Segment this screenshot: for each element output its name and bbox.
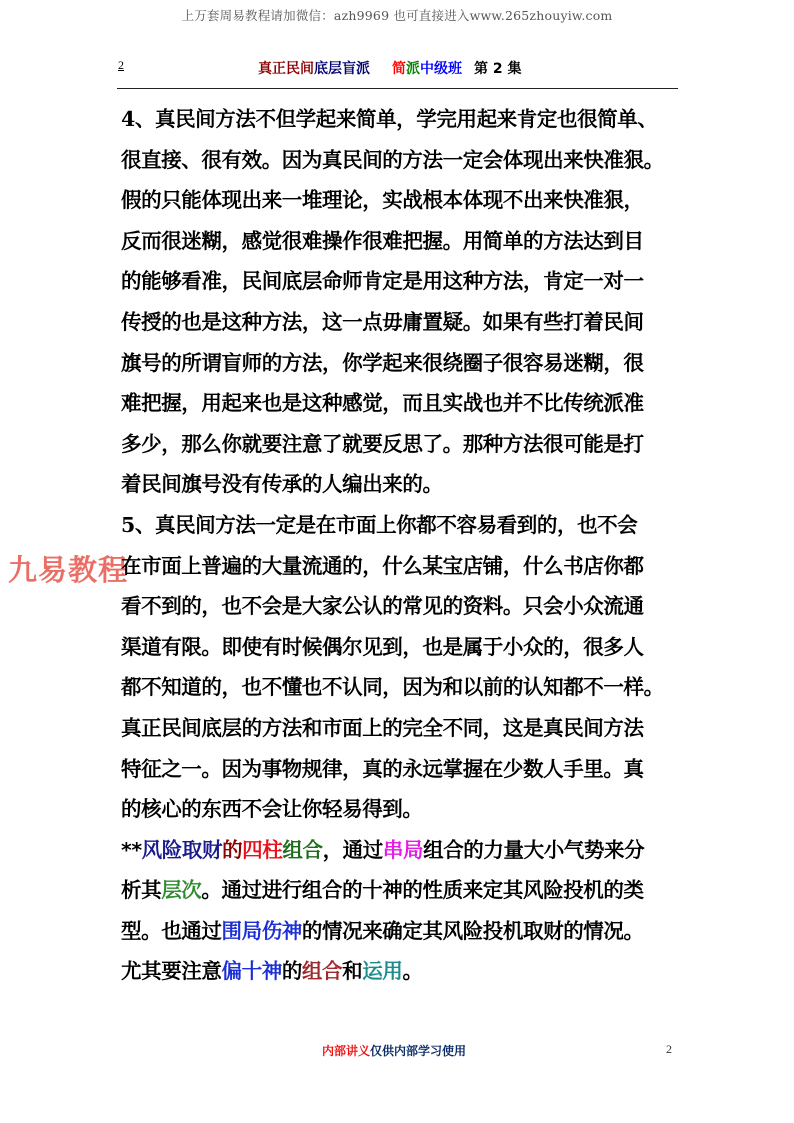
text-run: ** (121, 838, 142, 862)
text-run: 型。也通过 (121, 919, 222, 943)
text-line: 多少，那么你就要注意了就要反思了。那种方法很可能是打 (121, 424, 681, 465)
text-line: 着民间旗号没有传承的人编出来的。 (121, 464, 681, 505)
footer-label-navy: 仅供内部学习使用 (370, 1044, 466, 1058)
text-run: 的 (222, 838, 242, 862)
paragraph-4: 4、真民间方法不但学起来简单，学完用起来肯定也很简单、 很直接、很有效。因为真民… (121, 99, 681, 505)
text-line: 的能够看准，民间底层命师肯定是用这种方法，肯定一对一 (121, 261, 681, 302)
top-banner-ad: 上万套周易教程请加微信：azh9969 也可直接进入www.265zhouyiw… (0, 6, 794, 24)
text-line: 反而很迷糊，感觉很难操作很难把握。用简单的方法达到目 (121, 221, 681, 262)
highlight-term: 偏十神 (222, 959, 282, 983)
header-page-number: 2 (118, 58, 124, 73)
text-run: ，通过 (323, 838, 383, 862)
text-run: 。通过进行组合的十神的性质来定其风险投机的类 (201, 878, 643, 902)
header-divider (117, 88, 678, 89)
header-title-part: 简 (392, 61, 406, 77)
header-title-part: 真正民间 (258, 61, 314, 77)
text-line: 型。也通过围局伤神的情况来确定其风险投机取财的情况。 (121, 911, 681, 952)
paragraph-5: 5、真民间方法一定是在市面上你都不容易看到的，也不会 在市面上普遍的大量流通的，… (121, 505, 681, 830)
text-line: 都不知道的，也不懂也不认同，因为和以前的认知都不一样。 (121, 667, 681, 708)
highlight-term: 串局 (383, 838, 423, 862)
text-run: 的情况来确定其风险投机取财的情况。 (302, 919, 644, 943)
text-line: 渠道有限。即使有时候偶尔见到，也是属于小众的，很多人 (121, 627, 681, 668)
highlight-term: 组合 (282, 838, 322, 862)
watermark-logo: 九易教程 (8, 548, 128, 589)
text-line: 很直接、很有效。因为真民间的方法一定会体现出来快准狠。 (121, 140, 681, 181)
header-title-part: 底层盲派 (314, 61, 370, 77)
document-body: 4、真民间方法不但学起来简单，学完用起来肯定也很简单、 很直接、很有效。因为真民… (121, 99, 681, 992)
header-title-part: 第 2 集 (474, 61, 522, 77)
highlight-term: 运用 (362, 959, 402, 983)
text-line: 4、真民间方法不但学起来简单，学完用起来肯定也很简单、 (121, 99, 681, 140)
text-run: 组合的力量大小气势来分 (423, 838, 644, 862)
text-line: **风险取财的四柱组合，通过串局组合的力量大小气势来分 (121, 830, 681, 871)
text-run: 和 (342, 959, 362, 983)
text-line: 的核心的东西不会让你轻易得到。 (121, 789, 681, 830)
text-line: 真正民间底层的方法和市面上的完全不同，这是真民间方法 (121, 708, 681, 749)
text-line: 析其层次。通过进行组合的十神的性质来定其风险投机的类 (121, 870, 681, 911)
highlight-term: 风险取财 (142, 838, 222, 862)
text-line: 5、真民间方法一定是在市面上你都不容易看到的，也不会 (121, 505, 681, 546)
header-title-part: 派 (406, 61, 420, 77)
highlight-term: 四柱 (242, 838, 282, 862)
footer-page-number: 2 (666, 1042, 672, 1057)
header-title-part: 中级班 (420, 61, 462, 77)
text-line: 看不到的，也不会是大家公认的常见的资料。只会小众流通 (121, 586, 681, 627)
highlight-term: 围局伤神 (222, 919, 302, 943)
text-run: 。 (402, 959, 422, 983)
text-run: 尤其要注意 (121, 959, 222, 983)
text-line: 传授的也是这种方法，这一点毋庸置疑。如果有些打着民间 (121, 302, 681, 343)
header-title: 真正民间底层盲派简派中级班第 2 集 (258, 58, 522, 78)
footer-label: 内部讲义仅供内部学习使用 (322, 1042, 466, 1059)
footer-label-red: 内部讲义 (322, 1044, 370, 1058)
text-line: 假的只能体现出来一堆理论，实战根本体现不出来快准狠， (121, 180, 681, 221)
text-line: 难把握，用起来也是这种感觉，而且实战也并不比传统派准 (121, 383, 681, 424)
highlight-term: 层次 (161, 878, 201, 902)
text-run: 析其 (121, 878, 161, 902)
text-line: 尤其要注意偏十神的组合和运用。 (121, 951, 681, 992)
highlight-term: 组合 (302, 959, 342, 983)
text-line: 旗号的所谓盲师的方法，你学起来很绕圈子很容易迷糊，很 (121, 343, 681, 384)
paragraph-note: **风险取财的四柱组合，通过串局组合的力量大小气势来分 析其层次。通过进行组合的… (121, 830, 681, 992)
text-run: 的 (282, 959, 302, 983)
text-line: 特征之一。因为事物规律，真的永远掌握在少数人手里。真 (121, 749, 681, 790)
text-line: 在市面上普遍的大量流通的，什么某宝店铺，什么书店你都 (121, 546, 681, 587)
